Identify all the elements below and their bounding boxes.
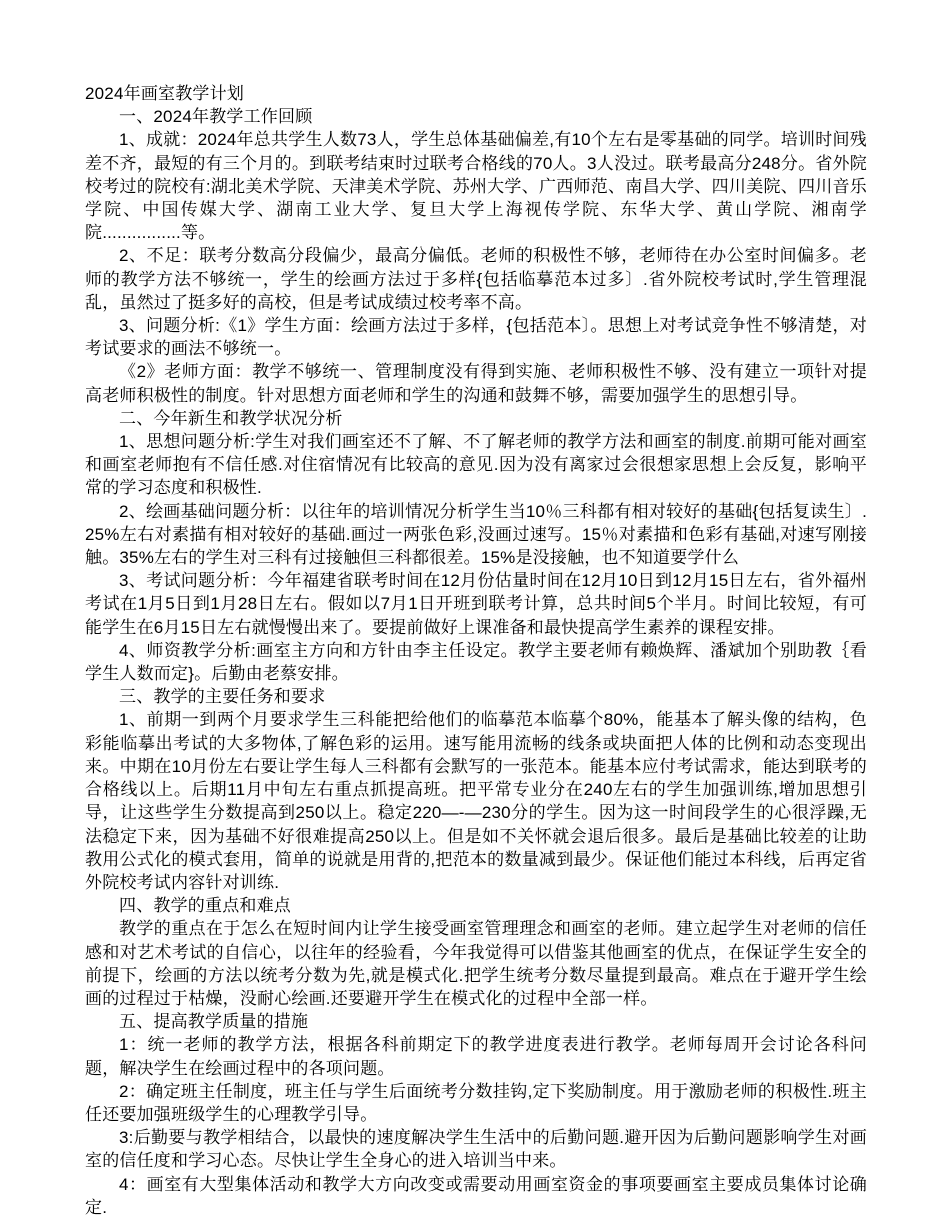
paragraph: 4、师资教学分析:画室主方向和方针由李主任设定。教学主要老师有赖焕辉、潘斌加个别… (85, 639, 867, 685)
paragraph: 2、不足：联考分数高分段偏少，最高分偏低。老师的积极性不够，老师待在办公室时间偏… (85, 244, 867, 314)
paragraph: 2：确定班主任制度，班主任与学生后面统考分数挂钩,定下奖励制度。用于激励老师的积… (85, 1080, 867, 1126)
paragraph: 1、思想问题分析:学生对我们画室还不了解、不了解老师的教学方法和画室的制度.前期… (85, 430, 867, 500)
paragraph: 3、问题分析:《1》学生方面：绘画方法过于多样，{包括范本〕。思想上对考试竞争性… (85, 314, 867, 360)
section-heading-2: 二、今年新生和教学状况分析 (85, 407, 867, 430)
section-heading-5: 五、提高教学质量的措施 (85, 1010, 867, 1033)
paragraph: 教学的重点在于怎么在短时间内让学生接受画室管理理念和画室的老师。建立起学生对老师… (85, 917, 867, 1010)
paragraph: 1、前期一到两个月要求学生三科能把给他们的临摹范本临摹个80%，能基本了解头像的… (85, 708, 867, 894)
paragraph: 1、成就：2024年总共学生人数73人，学生总体基础偏差,有10个左右是零基础的… (85, 128, 867, 244)
paragraph: 《2》老师方面：教学不够统一、管理制度没有得到实施、老师积极性不够、没有建立一项… (85, 360, 867, 406)
paragraph: 4：画室有大型集体活动和教学大方向改变或需要动用画室资金的事项要画室主要成员集体… (85, 1173, 867, 1219)
paragraph: 3:后勤要与教学相结合，以最快的速度解决学生生活中的后勤问题.避开因为后勤问题影… (85, 1126, 867, 1172)
section-heading-1: 一、2024年教学工作回顾 (85, 105, 867, 128)
section-heading-4: 四、教学的重点和难点 (85, 894, 867, 917)
paragraph: 1：统一老师的教学方法，根据各科前期定下的教学进度表进行教学。老师每周开会讨论各… (85, 1033, 867, 1079)
document-title: 2024年画室教学计划 (85, 82, 867, 105)
document-body: 2024年画室教学计划 一、2024年教学工作回顾 1、成就：2024年总共学生… (85, 82, 867, 1219)
paragraph: 2、绘画基础问题分析：以往年的培训情况分析学生当10％三科都有相对较好的基础{包… (85, 500, 867, 570)
section-heading-3: 三、教学的主要任务和要求 (85, 685, 867, 708)
document-page: 2024年画室教学计划 一、2024年教学工作回顾 1、成就：2024年总共学生… (0, 0, 950, 1230)
paragraph: 3、考试问题分析：今年福建省联考时间在12月份估量时间在12月10日到12月15… (85, 569, 867, 639)
